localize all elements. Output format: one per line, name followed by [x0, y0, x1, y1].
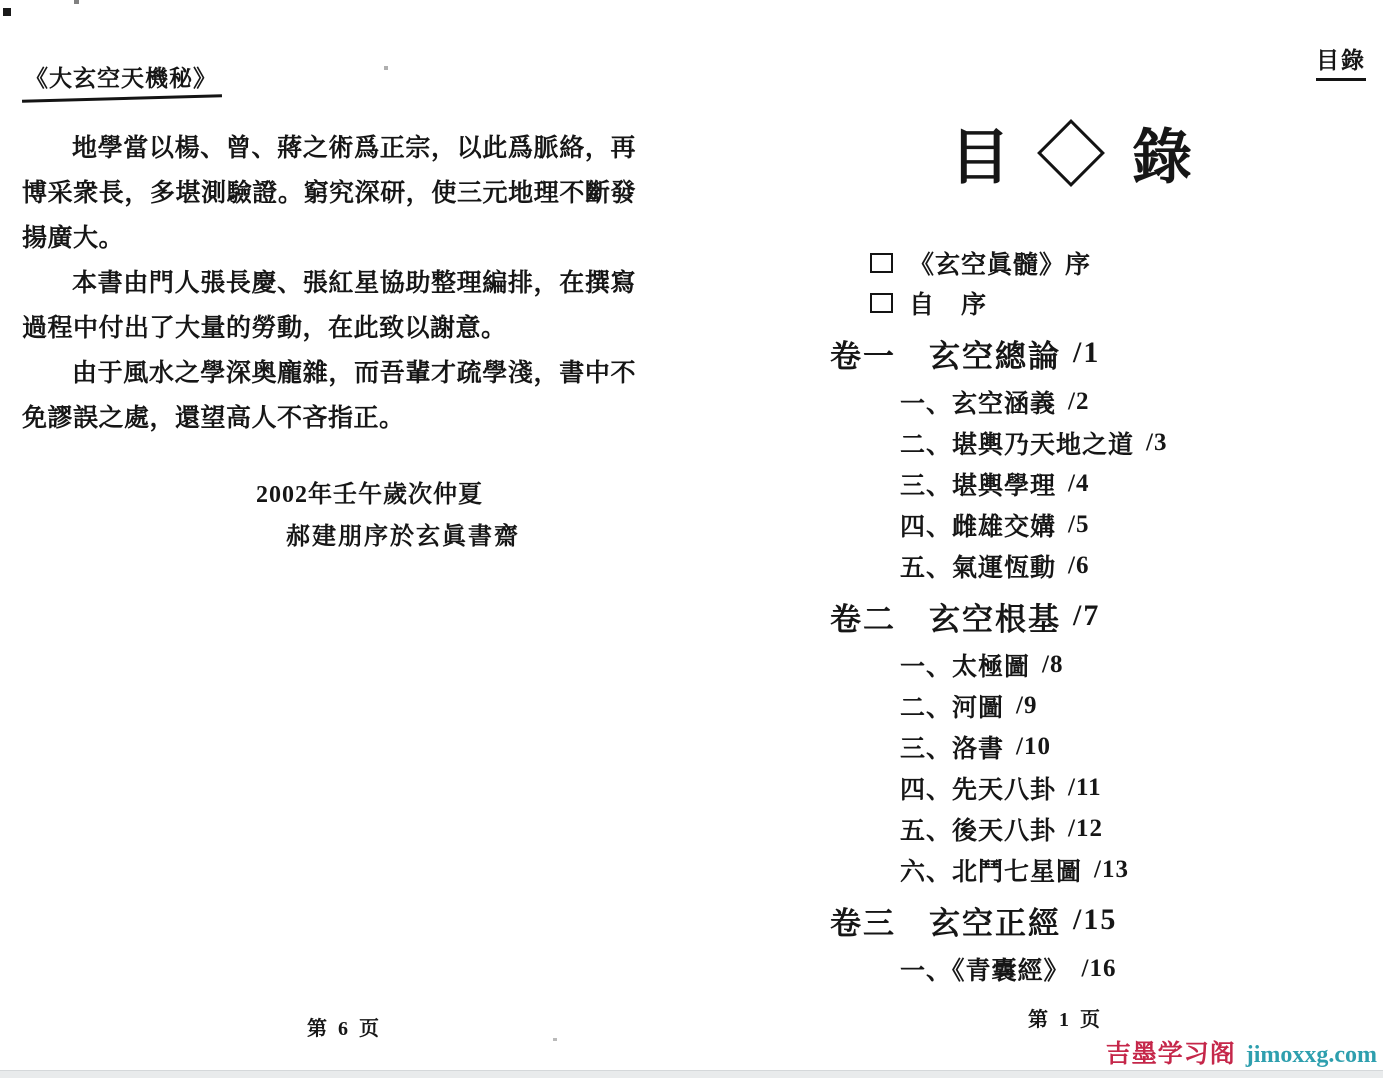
toc-entry-label: 卷三 玄空正經: [830, 898, 1061, 943]
toc-entry-page: /7: [1073, 599, 1100, 633]
toc-title-char-right: 錄: [1132, 110, 1192, 196]
watermark: 吉墨学习阁 jimoxxg.com: [1106, 1034, 1377, 1070]
toc-entry-label: 四、雌雄交媾: [900, 507, 1056, 543]
right-page-number: 第 1 页: [1028, 1003, 1103, 1032]
toc-entry-label: 二、河圖: [900, 688, 1004, 724]
toc-entry-label: 一、太極圖: [900, 647, 1030, 683]
preface-paragraph: 本書由門人張長慶、張紅星協助整理編排，在撰寫過程中付出了大量的勞動，在此致以謝意…: [22, 261, 636, 351]
scan-speck: [553, 1038, 557, 1041]
toc-entry-page: /2: [1068, 388, 1089, 416]
toc-entry-page: /15: [1073, 903, 1117, 937]
book-title-underline: [22, 94, 222, 103]
scan-speck: [74, 0, 79, 4]
toc-entry-label: 六、北鬥七星圖: [900, 852, 1082, 888]
preface-paragraph: 由于風水之學深奥龐雜，而吾輩才疏學淺，書中不免謬誤之處，還望高人不吝指正。: [22, 351, 636, 441]
toc-entry-page: /9: [1016, 692, 1037, 720]
left-page-number: 第 6 页: [307, 1012, 382, 1041]
toc-entry-label: 五、氣運恆動: [900, 548, 1056, 584]
toc-entry-label: 一、玄空涵義: [900, 384, 1056, 420]
toc-entry-label: 自 序: [909, 285, 987, 321]
toc-entry-label: 卷二 玄空根基: [830, 594, 1061, 639]
preface-date: 2002年壬午歲次仲夏: [256, 474, 483, 509]
toc-entry: 一、太極圖 /8: [900, 644, 1230, 685]
toc-entry: 《玄空眞髓》序: [870, 243, 1230, 283]
toc-entry: 二、河圖 /9: [900, 685, 1230, 726]
preface-text: 地學當以楊、曾、蔣之術爲正宗，以此爲脈絡，再博采衆長，多堪測驗證。窮究深研，使三…: [22, 126, 636, 441]
toc-entry: 卷一 玄空總論 /1: [830, 329, 1230, 377]
toc-list: 《玄空眞髓》序 自 序 卷一 玄空總論 /1 一、玄空涵義 /2 二、堪輿乃天地…: [830, 243, 1230, 989]
toc-entry-label: 四、先天八卦: [900, 770, 1056, 806]
preface-signature: 郝建朋序於玄眞書齋: [286, 516, 520, 551]
toc-entry-page: /16: [1082, 955, 1117, 983]
square-bullet-icon: [870, 293, 893, 313]
toc-entry-label: 一、《青囊經》: [900, 951, 1070, 987]
watermark-site-url: jimoxxg.com: [1246, 1042, 1377, 1069]
toc-entry-page: /12: [1068, 815, 1103, 843]
toc-entry: 一、玄空涵義 /2: [900, 381, 1230, 422]
book-title: 《大玄空天機秘》: [25, 60, 217, 93]
toc-entry: 三、洛書 /10: [900, 726, 1230, 767]
toc-entry-page: /5: [1068, 511, 1089, 539]
square-bullet-icon: [870, 253, 893, 273]
toc-entry-label: 卷一 玄空總論: [830, 331, 1061, 376]
toc-entry: 四、先天八卦 /11: [900, 767, 1230, 808]
toc-entry: 四、雌雄交媾 /5: [900, 504, 1230, 545]
corner-label: 目錄: [1316, 42, 1366, 81]
toc-entry: 三、堪輿學理 /4: [900, 463, 1230, 504]
toc-entry-label: 三、洛書: [900, 729, 1004, 765]
toc-entry-page: /13: [1094, 856, 1129, 884]
toc-title-char-left: 目: [950, 110, 1010, 196]
toc-entry: 卷三 玄空正經 /15: [830, 896, 1230, 944]
preface-paragraph: 地學當以楊、曾、蔣之術爲正宗，以此爲脈絡，再博采衆長，多堪測驗證。窮究深研，使三…: [22, 126, 636, 261]
toc-entry-page: /8: [1042, 651, 1063, 679]
toc-entry: 卷二 玄空根基 /7: [830, 592, 1230, 640]
toc-entry-label: 五、後天八卦: [900, 811, 1056, 847]
toc-entry-page: /11: [1068, 774, 1102, 802]
diamond-icon: [1037, 119, 1105, 187]
toc-entry: 自 序: [870, 283, 1230, 323]
toc-entry-page: /10: [1016, 733, 1051, 761]
toc-entry-label: 二、堪輿乃天地之道: [900, 425, 1134, 461]
watermark-site-name: 吉墨学习阁: [1106, 1034, 1236, 1070]
scan-speck: [384, 66, 388, 70]
toc-entry: 五、氣運恆動 /6: [900, 545, 1230, 586]
toc-entry-page: /1: [1073, 336, 1100, 370]
toc-entry-label: 三、堪輿學理: [900, 466, 1056, 502]
toc-title: 目 錄: [950, 110, 1192, 196]
toc-entry-page: /3: [1146, 429, 1167, 457]
toc-entry: 五、後天八卦 /12: [900, 808, 1230, 849]
scan-speck: [3, 8, 11, 16]
bottom-edge-bar: [0, 1070, 1383, 1078]
toc-entry-page: /6: [1068, 552, 1089, 580]
toc-entry: 二、堪輿乃天地之道 /3: [900, 422, 1230, 463]
toc-entry: 一、《青囊經》 /16: [900, 948, 1230, 989]
toc-entry-label: 《玄空眞髓》序: [909, 245, 1091, 281]
toc-entry: 六、北鬥七星圖 /13: [900, 849, 1230, 890]
toc-entry-page: /4: [1068, 470, 1089, 498]
